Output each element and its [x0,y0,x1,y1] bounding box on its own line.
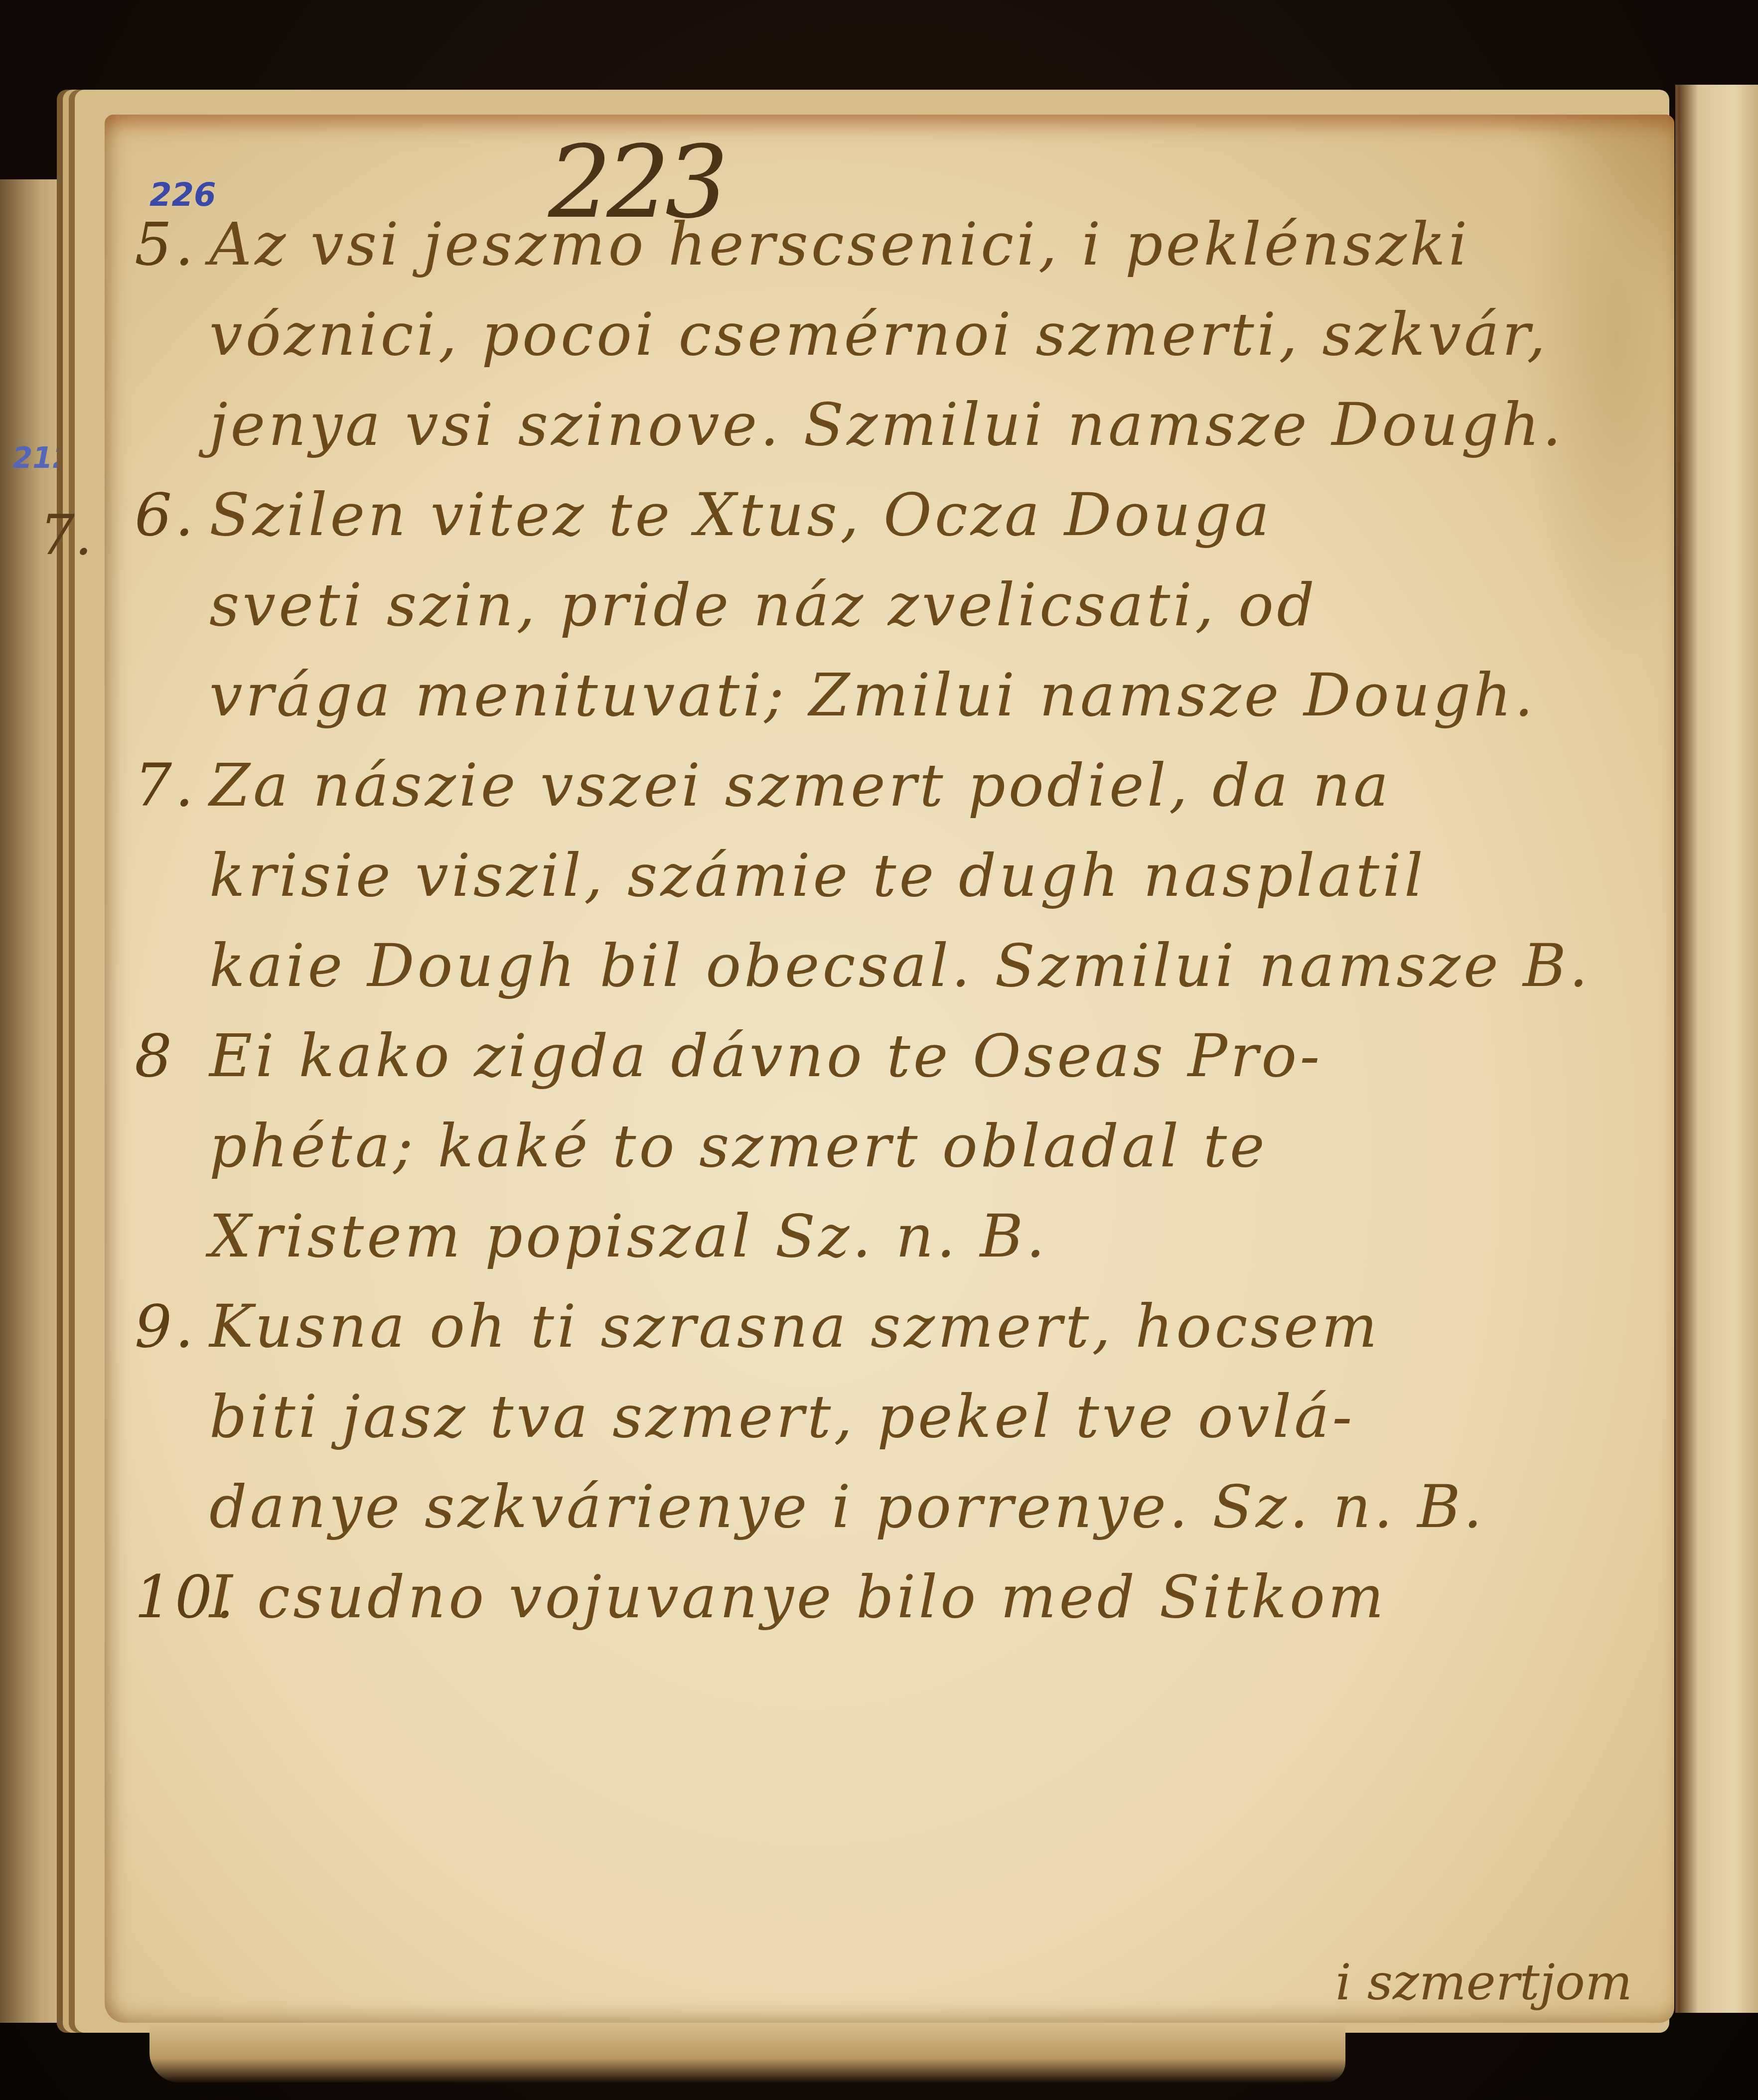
stanza-line: 6.Szilen vitez te Xtus, Ocza Douga [135,470,1555,560]
stanza-line: 7.Za nászie vszei szmert podiel, da na [135,740,1555,831]
stanza-line: kaie Dough bil obecsal. Szmilui namsze B… [135,921,1555,1011]
stanza-line: Xristem popiszal Sz. n. B. [135,1191,1555,1281]
stanza-line: phéta; kaké to szmert obladal te [135,1101,1555,1191]
stanza-line: 9.Kusna oh ti szrasna szmert, hocsem [135,1281,1555,1372]
stanza-number: 8 [135,1011,209,1101]
bottom-page-edge [149,2023,1345,2083]
stanza-line: 8Ei kako zigda dávno te Oseas Pro- [135,1011,1555,1101]
stanza-number: 10. [135,1552,209,1642]
stanza-number: 7. [135,740,209,831]
hymn-text: 5.Az vsi jeszmo herscsenici, i peklénszk… [135,199,1555,1642]
left-margin-number: 7. [40,503,92,567]
stanza-number: 6. [135,470,209,560]
stanza-line: krisie viszil, számie te dugh nasplatil [135,831,1555,921]
right-page-edge [1675,85,1758,2013]
stanza-line: 5.Az vsi jeszmo herscsenici, i peklénszk… [135,199,1555,289]
stanza-number: 9. [135,1281,209,1372]
stanza-line: biti jasz tva szmert, pekel tve ovlá- [135,1372,1555,1462]
stanza-line: 10.I csudno vojuvanye bilo med Sitkom [135,1552,1555,1642]
stanza-line: sveti szin, pride náz zvelicsati, od [135,560,1555,650]
stanza-line: danye szkvárienye i porrenye. Sz. n. B. [135,1462,1555,1552]
stanza-line: vrága menituvati; Zmilui namsze Dough. [135,650,1555,740]
stanza-number: 5. [135,199,209,289]
left-page-folio-number: 212 [12,441,73,475]
stanza-line: vóznici, pocoi csemérnoi szmerti, szkvár… [135,289,1555,380]
stanza-line: jenya vsi szinove. Szmilui namsze Dough. [135,380,1555,470]
catchword: i szmertjom [1335,1953,1632,2011]
